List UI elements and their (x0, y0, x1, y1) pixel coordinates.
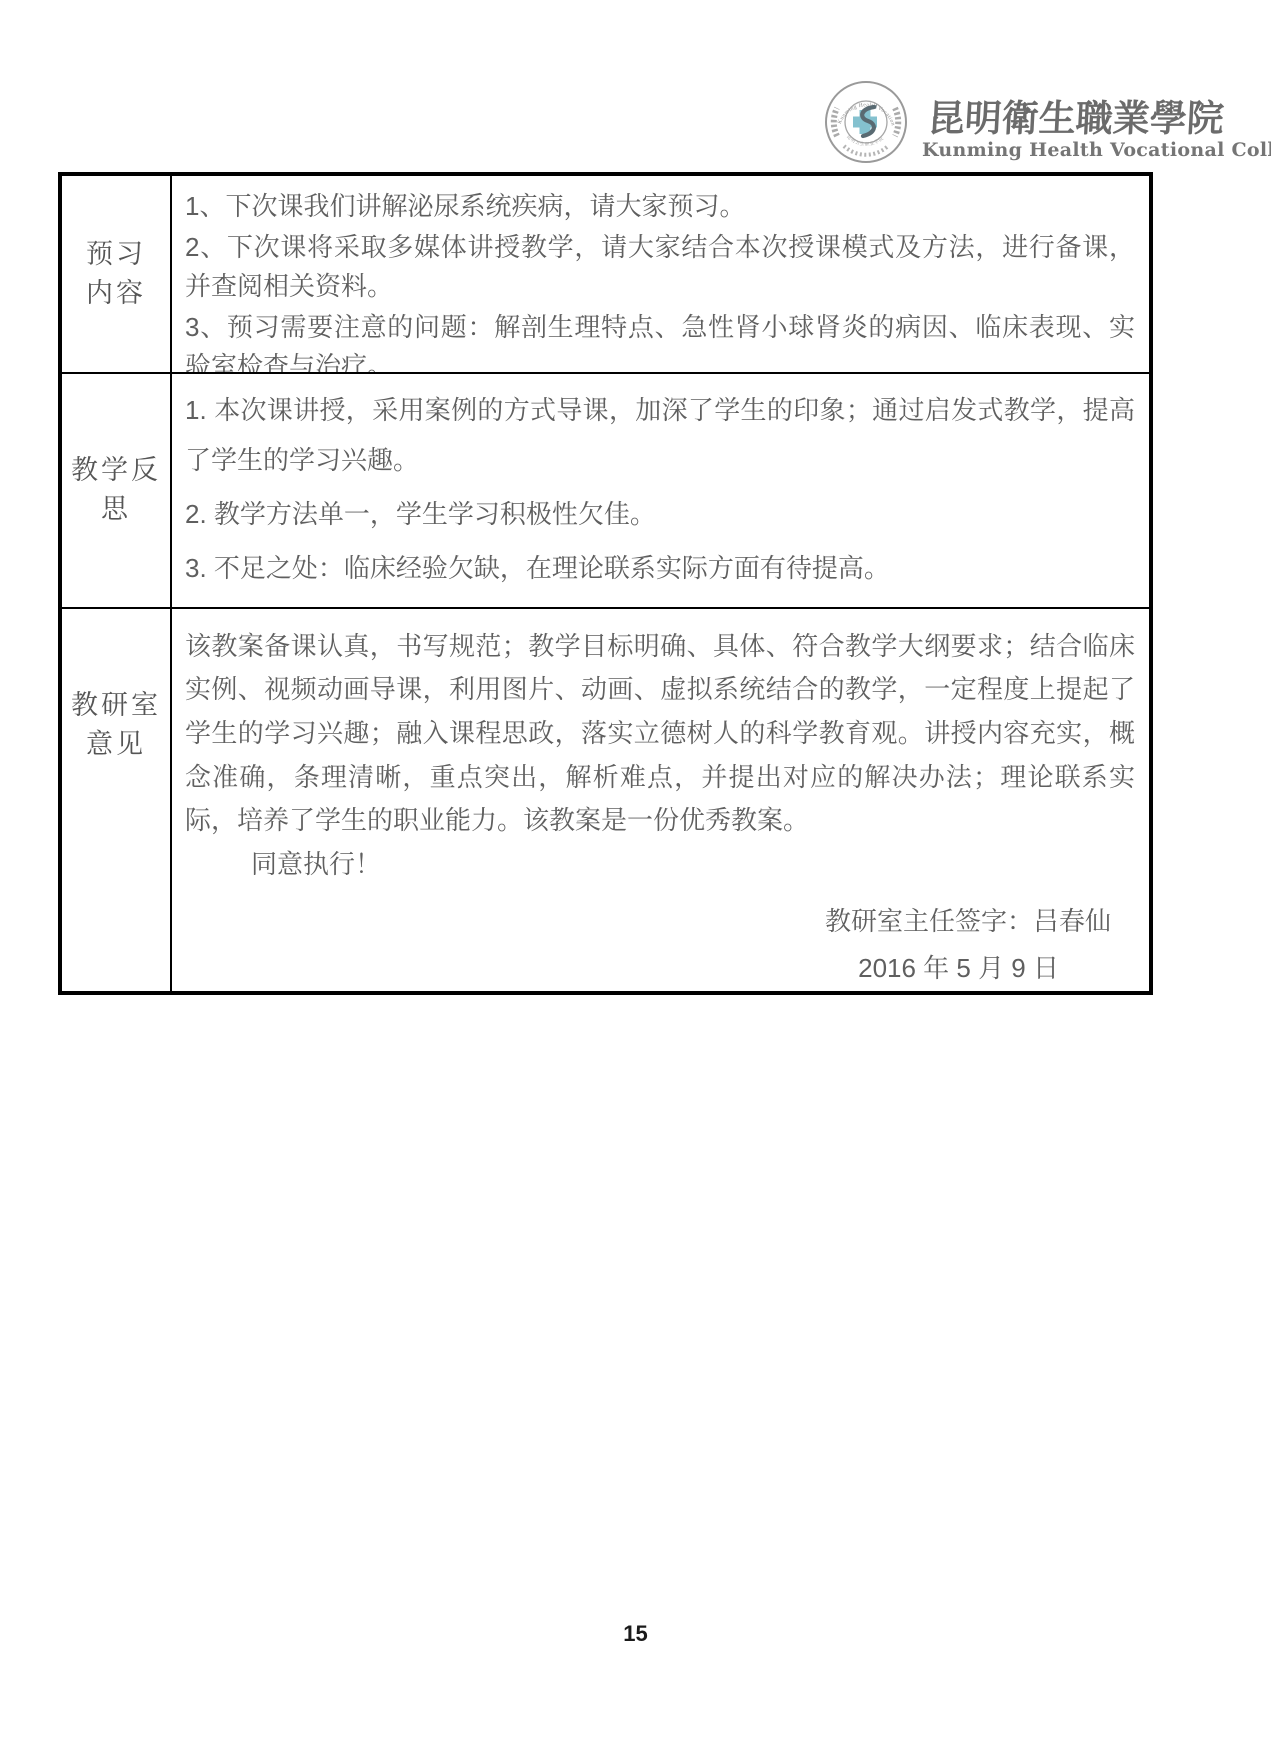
reflection-content-cell: 1. 本次课讲授，采用案例的方式导课，加深了学生的印象；通过启发式教学，提高了学… (172, 374, 1149, 607)
college-name-calligraphy: 昆明衛生職業學院 (927, 88, 1230, 140)
lesson-plan-table: 预习 内容 1、下次课我们讲解泌尿系统疾病，请大家预习。 2、下次课将采取多媒体… (58, 172, 1153, 995)
opinion-paragraph: 该教案备课认真，书写规范；教学目标明确、具体、符合教学大纲要求；结合临床实例、视… (185, 625, 1135, 843)
reflection-item-1: 1. 本次课讲授，采用案例的方式导课，加深了学生的印象；通过启发式教学，提高了学… (185, 386, 1135, 486)
signature-date-line: 2016 年 5 月 9 日 (185, 947, 1135, 991)
opinion-content-cell: 该教案备课认真，书写规范；教学目标明确、具体、符合教学大纲要求；结合临床实例、视… (172, 609, 1149, 991)
reflection-item-3: 3. 不足之处：临床经验欠缺，在理论联系实际方面有待提高。 (185, 544, 1135, 594)
row-label-office-opinion: 教研室 意见 (62, 609, 172, 991)
row-label-preview-content: 预习 内容 (62, 176, 172, 372)
approval-line: 同意执行！ (185, 843, 1135, 887)
preview-item-3: 3、预习需要注意的问题：解剖生理特点、急性肾小球肾炎的病因、临床表现、实验室检查… (185, 308, 1135, 372)
page-number: 15 (0, 1621, 1271, 1647)
row-label-teaching-reflection: 教学反 思 (62, 374, 172, 607)
table-row-office-opinion: 教研室 意见 该教案备课认真，书写规范；教学目标明确、具体、符合教学大纲要求；结… (62, 609, 1149, 991)
preview-item-2: 2、下次课将采取多媒体讲授教学，请大家结合本次授课模式及方法，进行备课，并查阅相… (185, 228, 1135, 306)
reflection-item-2: 2. 教学方法单一，学生学习积极性欠佳。 (185, 490, 1135, 540)
director-signature-line: 教研室主任签字：吕春仙 (185, 900, 1135, 944)
document-page: Kunming Health Vocational College 昆明卫生职业… (0, 0, 1271, 1763)
table-row-teaching-reflection: 教学反 思 1. 本次课讲授，采用案例的方式导课，加深了学生的印象；通过启发式教… (62, 374, 1149, 609)
table-row-preview-content: 预习 内容 1、下次课我们讲解泌尿系统疾病，请大家预习。 2、下次课将采取多媒体… (62, 176, 1149, 374)
preview-item-1: 1、下次课我们讲解泌尿系统疾病，请大家预习。 (185, 187, 1135, 226)
preview-content-cell: 1、下次课我们讲解泌尿系统疾病，请大家预习。 2、下次课将采取多媒体讲授教学，请… (172, 176, 1149, 372)
college-seal-icon: Kunming Health Vocational College 昆明卫生职业… (824, 80, 908, 164)
college-name-english: Kunming Health Vocational College (922, 139, 1271, 161)
